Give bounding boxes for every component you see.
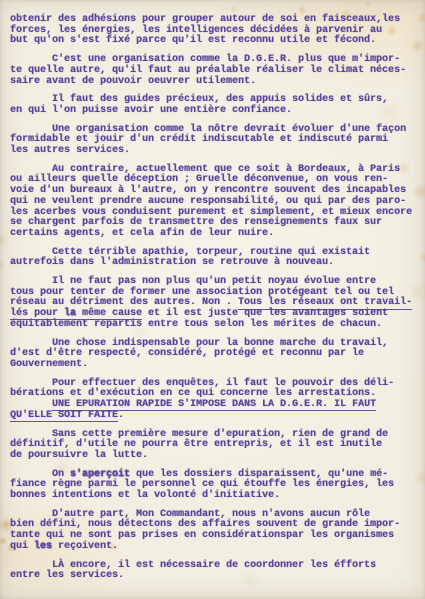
text-segment: de poursuivre la lutte.: [10, 450, 148, 461]
text-segment: formidable et jouir d'un crédit indiscut…: [10, 134, 388, 145]
paragraph: Il ne faut pas non plus qu'un petit noya…: [10, 277, 419, 331]
text-segment: autrefois dans l'administration se retro…: [10, 257, 334, 268]
paragraph: Cette térrible apathie, torpeur, routine…: [10, 248, 419, 269]
text-segment: voie d'un bureaux à l'autre, on y rencon…: [10, 185, 406, 196]
text-line: en qui l'on puisse avoir une entière con…: [10, 106, 419, 117]
paragraph: Il faut des guides précieux, des appuis …: [10, 95, 419, 116]
paragraph: obtenir des adhésions pour grouper autou…: [10, 15, 419, 47]
text-segment: entre les services.: [10, 570, 124, 581]
text-segment: On: [10, 469, 70, 480]
underlined-text: QU'ELLE SOIT FAITE: [10, 410, 118, 422]
text-segment: fiance règne parmi le personnel ce qui é…: [10, 479, 394, 490]
text-segment: C'est une organisation comme la D.G.E.R.…: [10, 54, 400, 65]
paragraph: Pour effectuer des enquêtes, il faut le …: [10, 379, 419, 422]
paragraph: Au contraire, actuellement que ce soit à…: [10, 165, 419, 240]
text-line: de poursuivre la lutte.: [10, 451, 419, 462]
text-segment: Gouvernement.: [10, 359, 88, 370]
text-segment: but qu'on s'est fixé parce qu'il est rec…: [10, 35, 376, 46]
paragraph: Une organisation comme la nôtre devrait …: [10, 125, 419, 157]
text-segment: les autres services.: [10, 145, 130, 156]
text-segment: LÀ encore, il est nécessaire de coordonn…: [10, 560, 376, 571]
text-segment: ou ailleurs quelle déception ; Gruelle d…: [10, 174, 388, 185]
text-line: équitablement repartis entre tous selon …: [10, 320, 419, 331]
text-segment: se chargent parfois de transmettre des r…: [10, 217, 382, 228]
text-segment: bien défini, nous détectons des affaires…: [10, 519, 400, 530]
text-segment: obtenir des adhésions pour grouper autou…: [10, 14, 400, 25]
text-segment: en qui l'on puisse avoir une entière con…: [10, 105, 292, 116]
paragraph: C'est une organisation comme la D.G.E.R.…: [10, 55, 419, 87]
text-segment: réseau au détriment des autres. Non .: [10, 297, 238, 308]
text-segment: qui: [10, 541, 34, 552]
text-line: QU'ELLE SOIT FAITE.: [10, 411, 419, 422]
paragraph: Sans cette première mesure d'epuration, …: [10, 430, 419, 462]
text-segment: Il ne faut pas non plus qu'un petit noya…: [10, 276, 376, 287]
text-segment: qui ne veulent prendre aucune responsabi…: [10, 196, 406, 207]
text-segment: équitablement repartis entre tous selon …: [10, 319, 382, 330]
paragraph: LÀ encore, il est nécessaire de coordonn…: [10, 561, 419, 582]
text-segment: les acerbes vous conduisent purement et …: [10, 207, 412, 218]
text-segment: reçoivent.: [52, 541, 118, 552]
text-segment: certains agents, et cela afin de leur nu…: [10, 228, 274, 239]
text-segment: d'est d'être respecté, considéré, protég…: [10, 348, 364, 359]
text-segment: saire avant de pouvoir oeuvrer utilement…: [10, 76, 256, 87]
text-line: autrefois dans l'administration se retro…: [10, 258, 419, 269]
text-segment: Une organisation comme la nôtre devrait …: [10, 124, 406, 135]
text-segment: Il faut des guides précieux, des appuis …: [10, 94, 388, 105]
text-segment: bérations et d'exécution en ce qui conce…: [10, 388, 376, 399]
text-line: bonnes intentions et la volonté d'initia…: [10, 491, 419, 502]
text-line: qui les reçoivent.: [10, 542, 419, 553]
text-line: les autres services.: [10, 146, 419, 157]
text-segment: Cette térrible apathie, torpeur, routine…: [10, 247, 370, 258]
text-segment: tante qui ne sont pas prises en considér…: [10, 530, 394, 541]
text-segment: .: [118, 410, 124, 421]
text-segment: te quelle autre, qu'il faut au préalable…: [10, 65, 406, 76]
paragraph: Une chose indispensable pour la bonne ma…: [10, 339, 419, 371]
text-segment: s'aperçoit: [70, 469, 130, 480]
paragraph: On s'aperçoit que les dossiers disparais…: [10, 470, 419, 502]
text-segment: bonnes intentions et la volonté d'initia…: [10, 490, 280, 501]
text-segment: [10, 399, 52, 410]
text-segment: Sans cette première mesure d'epuration, …: [10, 429, 388, 440]
text-segment: et il est juste que les avantages soient: [142, 308, 388, 319]
paragraph: D'autre part, Mon Commandant, nous n'avo…: [10, 510, 419, 553]
text-line: but qu'on s'est fixé parce qu'il est rec…: [10, 36, 419, 47]
text-line: certains agents, et cela afin de leur nu…: [10, 229, 419, 240]
text-segment: les: [34, 541, 52, 552]
text-line: Gouvernement.: [10, 360, 419, 371]
text-segment: que les dossiers disparaissent, qu'une m…: [130, 469, 388, 480]
text-segment: Une chose indispensable pour la bonne ma…: [10, 338, 388, 349]
document-page: obtenir des adhésions pour grouper autou…: [0, 0, 425, 599]
text-segment: définitif, d'utile ne pourra être entrep…: [10, 439, 382, 450]
text-line: entre les services.: [10, 571, 419, 582]
text-line: saire avant de pouvoir oeuvrer utilement…: [10, 77, 419, 88]
